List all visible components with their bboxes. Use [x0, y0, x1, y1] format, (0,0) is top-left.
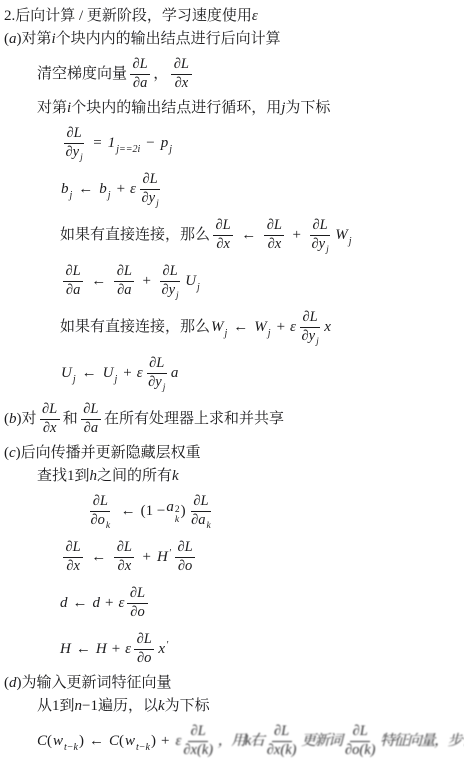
- italic-run: a: [9, 30, 17, 49]
- text-run: 为下标: [285, 99, 330, 118]
- text-run: 为下标: [165, 697, 210, 716]
- italic-run: a: [171, 364, 179, 383]
- fraction: ∂L∂x: [63, 539, 83, 575]
- variable: wt−k: [53, 732, 78, 751]
- variable-superscript: ′: [169, 548, 171, 561]
- fraction-numerator: ∂L: [264, 217, 284, 236]
- text-run: )后向传播并更新隐藏层权重: [16, 444, 201, 463]
- variable-subscript: j==2i: [116, 144, 140, 157]
- italic-run: C: [37, 732, 47, 751]
- fraction-numerator: ∂L: [81, 401, 101, 420]
- text-run: (: [47, 732, 52, 751]
- italic-run: ε: [290, 318, 296, 337]
- fraction-denominator: ∂yj: [309, 236, 331, 253]
- denominator-text: ∂x: [66, 558, 80, 575]
- text-run: 如果有直接连接，那么: [60, 318, 210, 337]
- italic-run: d: [93, 594, 101, 613]
- direct-connection-x-formula: 如果有直接连接，那么∂L∂x←∂L∂x+∂L∂yjWj: [0, 212, 464, 258]
- fraction: ∂L∂o: [127, 585, 147, 621]
- fraction-denominator: ∂yj: [146, 374, 168, 391]
- fraction: ∂L∂x: [114, 539, 134, 575]
- variable-subscript: j: [108, 190, 111, 203]
- operator: ←: [82, 364, 97, 383]
- text-run: 个块内内的输出结点进行后向计算: [56, 30, 281, 49]
- fraction: ∂L∂yj: [146, 355, 168, 391]
- operator: ←: [78, 180, 93, 199]
- fraction-numerator: ∂L: [114, 539, 134, 558]
- variable: Wj: [335, 226, 351, 245]
- italic-run: n: [75, 697, 83, 716]
- fraction-numerator: ∂L: [160, 263, 180, 282]
- document-page: 2.后向计算 / 更新阶段，学习速度使用ε(a)对第i个块内内的输出结点进行后向…: [0, 0, 464, 768]
- operator: ←: [91, 272, 106, 291]
- variable-base: U: [103, 364, 114, 383]
- fraction: ∂L∂yj: [309, 217, 331, 253]
- grad-o-formula: ∂L∂ok←(1 −a2k)∂L∂ak: [0, 488, 464, 534]
- loop-output-nodes: 对第i个块内的输出结点进行循环，用j为下标: [0, 97, 464, 120]
- variable-base: x: [158, 640, 165, 659]
- text-run: ，: [153, 65, 168, 84]
- fraction: ∂L∂o(k): [342, 723, 378, 759]
- variable: Uj: [61, 364, 76, 383]
- variable: a2k: [166, 498, 179, 524]
- text-run: −1: [82, 697, 98, 716]
- denominator-subscript: k: [106, 521, 110, 532]
- fraction-denominator: ∂o(k): [342, 742, 378, 759]
- variable: Uj: [185, 272, 200, 291]
- text-run: 查找1到: [37, 467, 90, 486]
- fraction-numerator: ∂L: [40, 401, 60, 420]
- text-run: ): [79, 732, 84, 751]
- garbled-overlapped-text: 更新词: [301, 732, 342, 750]
- denominator-subscript: j: [163, 383, 166, 394]
- variable: pj: [161, 134, 172, 153]
- denominator-text: ∂y: [161, 282, 175, 299]
- operator: +: [105, 594, 113, 613]
- fraction: ∂L∂yj: [63, 125, 85, 161]
- italic-run: H: [60, 640, 71, 659]
- variable-subscript: j: [73, 374, 76, 387]
- operator: ←: [241, 226, 256, 245]
- text-run: (: [119, 732, 124, 751]
- fraction: ∂L∂o: [175, 539, 195, 575]
- variable: bj: [99, 180, 110, 199]
- grad-y-formula: ∂L∂yj=1j==2i−pj: [0, 120, 464, 166]
- text-run: 2.后向计算 / 更新阶段，学习速度使用: [4, 7, 252, 26]
- fraction-numerator: ∂L: [175, 539, 195, 558]
- text-run: )对: [17, 410, 37, 429]
- variable-subscript: j: [114, 374, 117, 387]
- denominator-text: ∂a: [84, 420, 98, 437]
- variable-sub-sup-stack: 2k: [175, 506, 180, 525]
- variable-base: W: [211, 318, 224, 337]
- denominator-text: ∂y: [66, 144, 80, 161]
- operator: ←: [73, 594, 88, 613]
- fraction-numerator: ∂L: [114, 263, 134, 282]
- text-run: 之间的所有: [97, 467, 172, 486]
- item-b-heading: (b)对∂L∂x和∂L∂a在所有处理器上求和并共享: [0, 396, 464, 442]
- fraction-denominator: ∂x: [40, 420, 59, 437]
- fraction-denominator: ∂yj: [139, 190, 161, 207]
- variable-subscript: j: [268, 328, 271, 341]
- denominator-text: ∂a: [117, 282, 131, 299]
- fraction-numerator: ∂L: [127, 585, 147, 604]
- operator: −: [146, 134, 154, 153]
- text-run: 和: [63, 410, 78, 429]
- operator: ←: [233, 318, 248, 337]
- operator: +: [117, 180, 125, 199]
- fraction-numerator: ∂L: [140, 171, 160, 190]
- fraction-numerator: ∂L: [147, 355, 167, 374]
- fraction-numerator: ∂L: [272, 723, 292, 742]
- operator: ←: [89, 732, 104, 751]
- variable-subscript: j: [70, 190, 73, 203]
- garbled-overlapped-text: 特征向量，步长ε: [380, 732, 464, 750]
- fraction: ∂L∂a: [81, 401, 101, 437]
- text-run: ): [181, 502, 186, 521]
- fraction-denominator: ∂a: [130, 75, 149, 92]
- variable-subscript: j: [197, 282, 200, 295]
- italic-run: d: [60, 594, 68, 613]
- fraction: ∂L∂ok: [88, 493, 113, 529]
- italic-run: ε: [125, 640, 131, 659]
- find-all-k: 查找1到h之间的所有k: [0, 465, 464, 488]
- fraction: ∂L∂yj: [139, 171, 161, 207]
- variable: Wj: [254, 318, 270, 337]
- fraction-denominator: ∂x: [214, 236, 233, 253]
- operator: =: [93, 134, 101, 153]
- clear-gradient-vectors: 清空梯度向量∂L∂a，∂L∂x: [0, 51, 464, 97]
- variable-base: b: [99, 180, 107, 199]
- grad-a-update-formula: ∂L∂a←∂L∂a+∂L∂yjUj: [0, 258, 464, 304]
- fraction-denominator: ∂a: [81, 420, 100, 437]
- variable: wt−k: [125, 732, 150, 751]
- text-run: (1 −: [141, 502, 166, 521]
- denominator-text: ∂o: [178, 558, 192, 575]
- fraction-denominator: ∂x: [172, 75, 191, 92]
- operator: +: [277, 318, 285, 337]
- denominator-text: ∂o: [91, 512, 105, 529]
- variable-subscript: k: [175, 516, 179, 526]
- fraction-denominator: ∂x: [115, 558, 134, 575]
- fraction-numerator: ∂L: [64, 125, 84, 144]
- denominator-text: ∂o: [130, 604, 144, 621]
- item-a-heading: (a)对第i个块内内的输出结点进行后向计算: [0, 28, 464, 51]
- fraction-numerator: ∂L: [63, 263, 83, 282]
- fraction-numerator: ∂L: [310, 217, 330, 236]
- garbled-overlapped-text: ε: [175, 732, 179, 750]
- italic-run: b: [9, 410, 17, 429]
- fraction-denominator: ∂a: [115, 282, 134, 299]
- step2-heading: 2.后向计算 / 更新阶段，学习速度使用ε: [0, 5, 464, 28]
- fraction-denominator: ∂yj: [159, 282, 181, 299]
- fraction-denominator: ∂yj: [63, 144, 85, 161]
- operator: +: [292, 226, 300, 245]
- denominator-text: ∂y: [141, 190, 155, 207]
- variable: 1j==2i: [108, 134, 141, 153]
- bias-update-formula: bj←bj+ε∂L∂yj: [0, 166, 464, 212]
- italic-run: x: [324, 318, 331, 337]
- fraction-numerator: ∂L: [90, 493, 110, 512]
- variable-base: W: [254, 318, 267, 337]
- fraction-numerator: ∂L: [171, 56, 191, 75]
- fraction: ∂L∂x: [213, 217, 233, 253]
- denominator-text: ∂x: [43, 420, 57, 437]
- italic-run: ε: [137, 364, 143, 383]
- italic-run: ε: [130, 180, 136, 199]
- variable-subscript: t−k: [64, 742, 78, 755]
- fraction: ∂L∂x(k): [181, 723, 216, 759]
- C-update-formula-garbled: C(wt−k)←C(wt−k)+ε∂L∂x(k)，用k右∂L∂x(k)更新词∂L…: [0, 718, 464, 764]
- fraction-numerator: ∂L: [63, 539, 83, 558]
- variable: bj: [61, 180, 72, 199]
- italic-run: d: [9, 674, 17, 693]
- fraction: ∂L∂a: [114, 263, 134, 299]
- operator: +: [123, 364, 131, 383]
- text-run: 个块内的输出结点进行循环，用: [71, 99, 281, 118]
- denominator-text: ∂a: [66, 282, 80, 299]
- variable-base: U: [61, 364, 72, 383]
- variable-base: p: [161, 134, 169, 153]
- fraction: ∂L∂x: [40, 401, 60, 437]
- loop-n-minus-1: 从1到n−1遍历，以k为下标: [0, 695, 464, 718]
- fraction-denominator: ∂o: [128, 604, 147, 621]
- italic-run: C: [109, 732, 119, 751]
- denominator-text: ∂a: [133, 75, 147, 92]
- fraction-denominator: ∂a: [63, 282, 82, 299]
- text-run: )为输入更新词特征向量: [17, 674, 172, 693]
- fraction: ∂L∂yj: [299, 309, 321, 345]
- denominator-text: ∂o(k): [345, 742, 376, 759]
- fraction-denominator: ∂yj: [299, 328, 321, 345]
- fraction-numerator: ∂L: [300, 309, 320, 328]
- grad-x-hidden-formula: ∂L∂x←∂L∂x+H′∂L∂o: [0, 534, 464, 580]
- variable: H′: [157, 548, 171, 567]
- operator: ←: [121, 502, 136, 521]
- garbled-overlapped-text: ，用k右: [218, 732, 264, 750]
- fraction-numerator: ∂L: [213, 217, 233, 236]
- italic-run: H: [96, 640, 107, 659]
- fraction: ∂L∂x(k): [264, 723, 299, 759]
- fraction-numerator: ∂L: [350, 723, 370, 742]
- text-run: 对第: [37, 99, 67, 118]
- fraction-numerator: ∂L: [130, 56, 150, 75]
- italic-run: k: [158, 697, 165, 716]
- variable-base: b: [61, 180, 69, 199]
- denominator-subscript: j: [156, 199, 159, 210]
- denominator-text: ∂y: [311, 236, 325, 253]
- text-run: 在所有处理器上求和并共享: [104, 410, 284, 429]
- denominator-subscript: j: [80, 153, 83, 164]
- denominator-subscript: j: [316, 337, 319, 348]
- variable-base: 1: [108, 134, 116, 153]
- text-run: 清空梯度向量: [37, 65, 127, 84]
- denominator-text: ∂y: [301, 328, 315, 345]
- fraction-denominator: ∂ok: [88, 512, 113, 529]
- variable: Wj: [211, 318, 227, 337]
- italic-run: ε: [118, 594, 124, 613]
- fraction-denominator: ∂x(k): [264, 742, 299, 759]
- fraction-denominator: ∂x(k): [181, 742, 216, 759]
- variable-base: w: [53, 732, 63, 751]
- fraction-numerator: ∂L: [188, 723, 208, 742]
- denominator-text: ∂x: [216, 236, 230, 253]
- fraction: ∂L∂yj: [159, 263, 181, 299]
- fraction-denominator: ∂x: [64, 558, 83, 575]
- denominator-subscript: k: [207, 521, 211, 532]
- denominator-text: ∂x: [118, 558, 132, 575]
- H-update-formula: H←H+ε∂L∂ox′: [0, 626, 464, 672]
- operator: ←: [76, 640, 91, 659]
- fraction: ∂L∂o: [134, 631, 154, 667]
- denominator-subscript: j: [326, 245, 329, 256]
- variable-base: H: [157, 548, 168, 567]
- variable-subscript: j: [169, 144, 172, 157]
- variable-base: W: [335, 226, 348, 245]
- operator: +: [142, 548, 150, 567]
- fraction: ∂L∂a: [63, 263, 83, 299]
- variable: x′: [158, 640, 168, 659]
- text-run: )对第: [17, 30, 52, 49]
- italic-run: c: [9, 444, 16, 463]
- denominator-text: ∂x: [268, 236, 282, 253]
- fraction-denominator: ∂ak: [189, 512, 214, 529]
- italic-run: h: [90, 467, 98, 486]
- variable-base: a: [166, 498, 174, 517]
- operator: +: [112, 640, 120, 659]
- operator: +: [161, 732, 169, 751]
- variable-base: w: [125, 732, 135, 751]
- denominator-text: ∂x: [175, 75, 189, 92]
- italic-run: ε: [252, 7, 258, 26]
- fraction-denominator: ∂o: [134, 650, 153, 667]
- text-run: 如果有直接连接，那么: [60, 226, 210, 245]
- denominator-text: ∂y: [148, 374, 162, 391]
- fraction: ∂L∂a: [130, 56, 150, 92]
- variable-subscript: j: [225, 328, 228, 341]
- fraction: ∂L∂x: [264, 217, 284, 253]
- denominator-text: ∂x(k): [267, 742, 297, 759]
- denominator-text: ∂a: [191, 512, 205, 529]
- denominator-subscript: j: [176, 291, 179, 302]
- variable-base: U: [185, 272, 196, 291]
- fraction: ∂L∂ak: [189, 493, 214, 529]
- variable: Uj: [103, 364, 118, 383]
- fraction-denominator: ∂x: [265, 236, 284, 253]
- text-run: 从1到: [37, 697, 75, 716]
- italic-run: k: [172, 467, 179, 486]
- text-run: ): [151, 732, 156, 751]
- item-d-heading: (d)为输入更新词特征向量: [0, 672, 464, 695]
- variable-superscript: ′: [166, 640, 168, 653]
- denominator-text: ∂o: [137, 650, 151, 667]
- text-run: 遍历，以: [98, 697, 158, 716]
- fraction: ∂L∂x: [171, 56, 191, 92]
- variable-subscript: t−k: [136, 742, 150, 755]
- direct-connection-W-formula: 如果有直接连接，那么Wj←Wj+ε∂L∂yjx: [0, 304, 464, 350]
- U-update-formula: Uj←Uj+ε∂L∂yja: [0, 350, 464, 396]
- fraction-numerator: ∂L: [191, 493, 211, 512]
- fraction-denominator: ∂o: [175, 558, 194, 575]
- operator: ←: [91, 548, 106, 567]
- d-update-formula: d←d+ε∂L∂o: [0, 580, 464, 626]
- variable-subscript: j: [349, 236, 352, 249]
- denominator-text: ∂x(k): [183, 742, 213, 759]
- fraction-numerator: ∂L: [134, 631, 154, 650]
- item-c-heading: (c)后向传播并更新隐藏层权重: [0, 442, 464, 465]
- operator: +: [142, 272, 150, 291]
